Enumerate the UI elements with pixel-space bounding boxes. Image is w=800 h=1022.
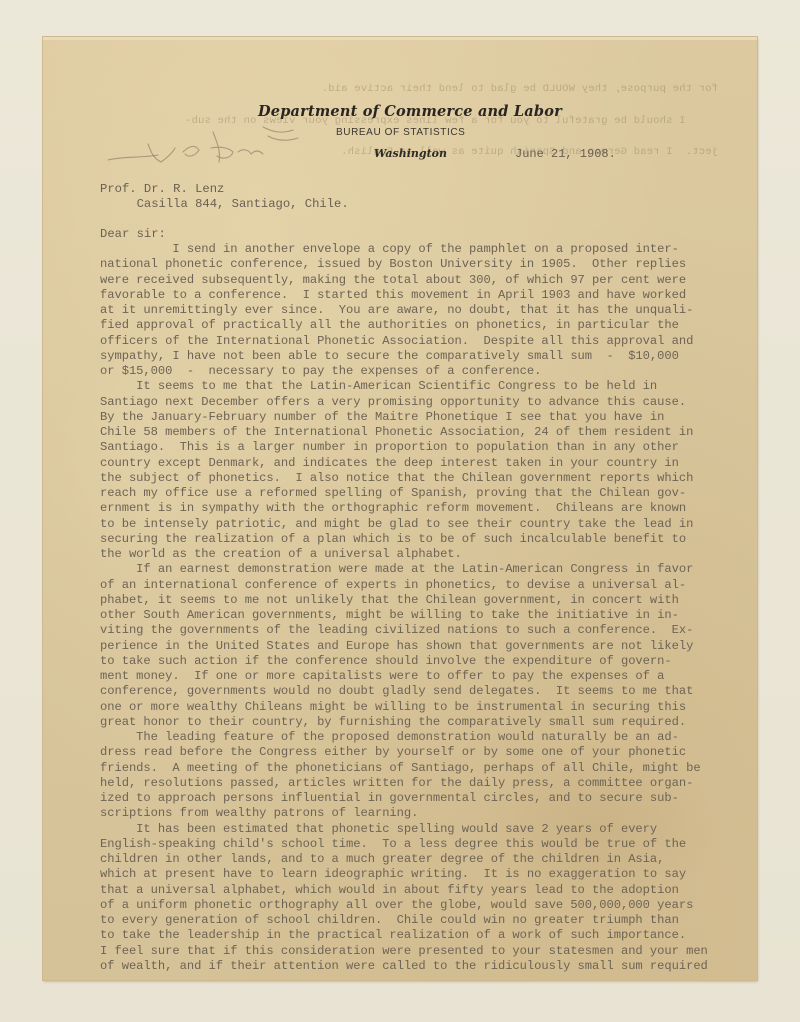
body-line: securing the realization of a plan which… — [100, 532, 730, 547]
body-line: great honor to their country, by furnish… — [100, 715, 730, 730]
body-line: national phonetic conference, issued by … — [100, 257, 730, 272]
addressee-block: Prof. Dr. R. Lenz Casilla 844, Santiago,… — [100, 182, 349, 213]
body-line: country except Denmark, and indicates th… — [100, 456, 730, 471]
body-line: of an international conference of expert… — [100, 578, 730, 593]
body-line: to take the leadership in the practical … — [100, 928, 730, 943]
body-line: of wealth, and if their attention were c… — [100, 959, 730, 974]
letterhead-city: Washington — [374, 147, 447, 160]
body-line: Chile 58 members of the International Ph… — [100, 425, 730, 440]
body-line: one or more wealthy Chileans might be wi… — [100, 700, 730, 715]
body-line: dress read before the Congress either by… — [100, 745, 730, 760]
body-line: officers of the International Phonetic A… — [100, 334, 730, 349]
body-line: conference, governments would no doubt g… — [100, 684, 730, 699]
body-line: reach my office use a reformed spelling … — [100, 486, 730, 501]
body-line: or $15,000 - necessary to pay the expens… — [100, 364, 730, 379]
salutation: Dear sir: — [100, 227, 166, 241]
letterhead-department: Department of Commerce and Labor — [258, 103, 562, 120]
body-line: fied approval of practically all the aut… — [100, 318, 730, 333]
letter-page: for the purpose, they WOULD be glad to l… — [43, 37, 757, 980]
body-line: friends. A meeting of the phoneticians o… — [100, 761, 730, 776]
body-line: the subject of phonetics. I also notice … — [100, 471, 730, 486]
letter-date: June 21, 1908. — [515, 147, 616, 161]
body-line: ized to approach persons influential in … — [100, 791, 730, 806]
body-line: perience in the United States and Europe… — [100, 639, 730, 654]
body-line: favorable to a conference. I started thi… — [100, 288, 730, 303]
bleed-line: ject. I read German and Spanish quite as… — [258, 147, 718, 158]
body-line: to every generation of school children. … — [100, 913, 730, 928]
bleed-line: for the purpose, they WOULD be glad to l… — [258, 84, 718, 95]
body-line: children in other lands, and to a much g… — [100, 852, 730, 867]
body-line: The leading feature of the proposed demo… — [100, 730, 730, 745]
body-line: to be intensely patriotic, and might be … — [100, 517, 730, 532]
body-line: By the January-February number of the Ma… — [100, 410, 730, 425]
body-line: Santiago. This is a larger number in pro… — [100, 440, 730, 455]
addressee-name: Prof. Dr. R. Lenz — [100, 182, 224, 196]
body-line: the world as the creation of a universal… — [100, 547, 730, 562]
body-line: I send in another envelope a copy of the… — [100, 242, 730, 257]
body-line: It seems to me that the Latin-American S… — [100, 379, 730, 394]
body-line: were received subsequently, making the t… — [100, 273, 730, 288]
letter-body: I send in another envelope a copy of the… — [100, 242, 730, 974]
handwritten-signature — [103, 122, 303, 172]
body-line: of a uniform phonetic orthography all ov… — [100, 898, 730, 913]
body-line: other South American governments, might … — [100, 608, 730, 623]
body-line: It has been estimated that phonetic spel… — [100, 822, 730, 837]
body-line: ernment is in sympathy with the orthogra… — [100, 501, 730, 516]
body-line: held, resolutions passed, articles writt… — [100, 776, 730, 791]
body-line: at it unremittingly ever since. You are … — [100, 303, 730, 318]
body-line: which at present have to learn ideograph… — [100, 867, 730, 882]
bleed-through-text: for the purpose, they WOULD be glad to l… — [258, 63, 718, 179]
addressee-address: Casilla 844, Santiago, Chile. — [100, 197, 349, 211]
letterhead-bureau: BUREAU OF STATISTICS — [336, 127, 465, 138]
body-line: phabet, it seems to me not unlikely that… — [100, 593, 730, 608]
body-line: ment money. If one or more capitalists w… — [100, 669, 730, 684]
body-line: Santiago next December offers a very pro… — [100, 395, 730, 410]
body-line: If an earnest demonstration were made at… — [100, 562, 730, 577]
body-line: I feel sure that if this consideration w… — [100, 944, 730, 959]
paper-top-edge — [43, 37, 757, 40]
body-line: that a universal alphabet, which would i… — [100, 883, 730, 898]
body-line: sympathy, I have not been able to secure… — [100, 349, 730, 364]
body-line: viting the governments of the leading ci… — [100, 623, 730, 638]
body-line: English-speaking child's school time. To… — [100, 837, 730, 852]
body-line: to take such action if the conference sh… — [100, 654, 730, 669]
body-line: scriptions from wealthy patrons of learn… — [100, 806, 730, 821]
